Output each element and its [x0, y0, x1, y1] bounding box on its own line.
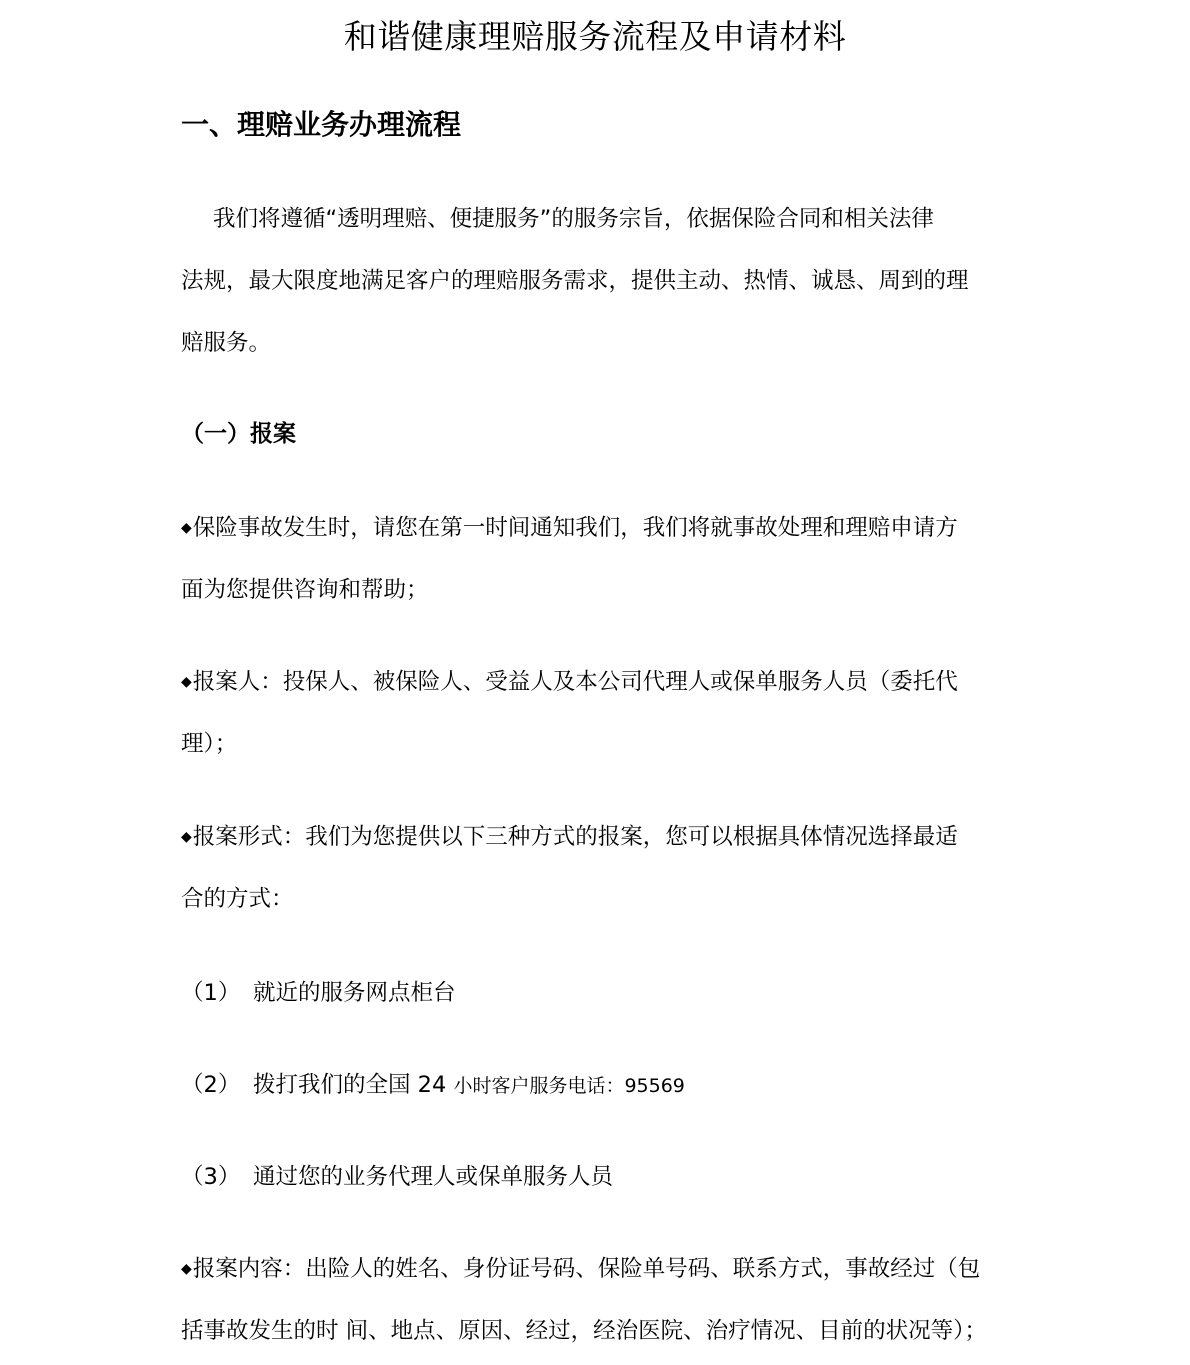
- intro-line: 法规，最大限度地满足客户的理赔服务需求，提供主动、热情、诚恳、周到的理: [181, 250, 1021, 312]
- method-text: 通过您的业务代理人或保单服务人员: [253, 1164, 613, 1190]
- bullet-paragraph: ◆报案内容：出险人的姓名、身份证号码、保险单号码、联系方式，事故经过（包 括事故…: [181, 1238, 1021, 1362]
- diamond-bullet-icon: ◆: [181, 1261, 192, 1277]
- method-number: （1）: [181, 975, 253, 1011]
- method-number: （3）: [181, 1159, 253, 1195]
- bullet-paragraph: ◆报案人：投保人、被保险人、受益人及本公司代理人或保单服务人员（委托代 理）；: [181, 651, 1021, 775]
- subsection-heading: （一）报案: [181, 416, 296, 452]
- bullet-text: 合的方式：: [181, 868, 1021, 930]
- method-item: （1）就近的服务网点柜台: [181, 975, 456, 1011]
- bullet-text: 理）；: [181, 713, 1021, 775]
- document-page: 和谐健康理赔服务流程及申请材料 一、理赔业务办理流程 我们将遵循“透明理赔、便捷…: [0, 0, 1190, 1365]
- intro-line: 赔服务。: [181, 312, 1021, 374]
- method-text: 就近的服务网点柜台: [253, 980, 456, 1006]
- diamond-bullet-icon: ◆: [181, 674, 192, 690]
- intro-paragraph: 我们将遵循“透明理赔、便捷服务”的服务宗旨，依据保险合同和相关法律 法规，最大限…: [181, 188, 1021, 374]
- intro-line: 我们将遵循“透明理赔、便捷服务”的服务宗旨，依据保险合同和相关法律: [181, 188, 1021, 250]
- diamond-bullet-icon: ◆: [181, 520, 192, 536]
- method-number: （2）: [181, 1067, 253, 1103]
- bullet-text: 保险事故发生时，请您在第一时间通知我们，我们将就事故处理和理赔申请方: [193, 515, 958, 541]
- bullet-text: 报案内容：出险人的姓名、身份证号码、保险单号码、联系方式，事故经过（包: [193, 1256, 981, 1282]
- bullet-paragraph: ◆报案形式：我们为您提供以下三种方式的报案，您可以根据具体情况选择最适 合的方式…: [181, 806, 1021, 930]
- section-heading: 一、理赔业务办理流程: [181, 104, 461, 146]
- bullet-paragraph: ◆保险事故发生时，请您在第一时间通知我们，我们将就事故处理和理赔申请方 面为您提…: [181, 497, 1021, 621]
- method-text: 拨打我们的全国 24: [253, 1072, 446, 1098]
- method-item: （2）拨打我们的全国 24 小时客户服务电话：95569: [181, 1067, 685, 1104]
- bullet-text: 报案形式：我们为您提供以下三种方式的报案，您可以根据具体情况选择最适: [193, 824, 958, 850]
- bullet-text: 括事故发生的时 间、地点、原因、经过，经治医院、治疗情况、目前的状况等）；: [181, 1300, 1021, 1362]
- diamond-bullet-icon: ◆: [181, 829, 192, 845]
- bullet-text: 报案人：投保人、被保险人、受益人及本公司代理人或保单服务人员（委托代: [193, 669, 958, 695]
- method-item: （3）通过您的业务代理人或保单服务人员: [181, 1159, 613, 1195]
- hotline-text: 小时客户服务电话：95569: [453, 1075, 684, 1097]
- document-title: 和谐健康理赔服务流程及申请材料: [0, 14, 1190, 60]
- bullet-text: 面为您提供咨询和帮助；: [181, 559, 1021, 621]
